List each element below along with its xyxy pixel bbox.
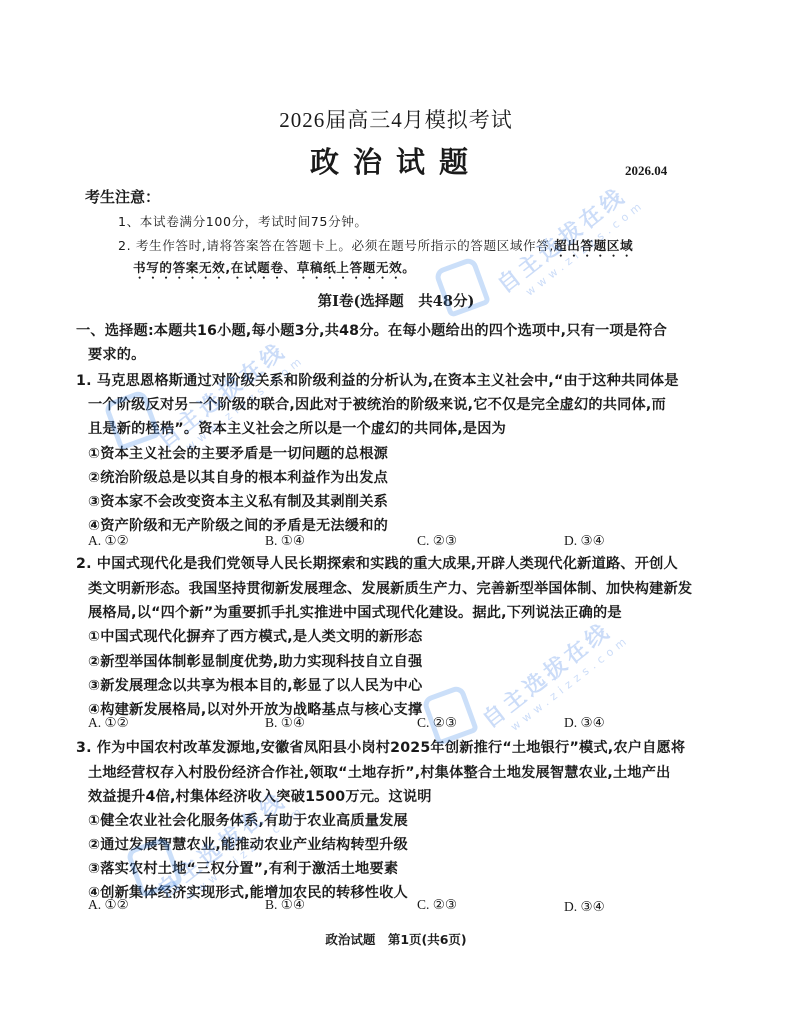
question-stem-line: 类文明新形态。我国坚持贯彻新发展理念、发展新质生产力、完善新型举国体制、加快构建… [88,578,692,598]
option-b[interactable]: B. ①④ [265,897,305,913]
question-stem-line: 一个阶级反对另一个阶级的联合,因此对于被统治的阶级来说,它不仅是完全虚幻的共同体… [88,394,666,414]
statement-2: ②统治阶级总是以其自身的根本利益作为出发点 [88,467,388,487]
exam-date: 2026.04 [625,163,667,179]
option-a[interactable]: A. ①② [88,897,129,913]
option-b[interactable]: B. ①④ [265,715,305,731]
statement-2: ②新型举国体制彰显制度优势,助力实现科技自立自强 [88,651,422,671]
question-stem-line: 展格局,以“四个新”为重要抓手扎实推进中国式现代化建设。据此,下列说法正确的是 [88,602,622,622]
statement-1: ①资本主义社会的主要矛盾是一切问题的总根源 [88,443,388,463]
option-c[interactable]: C. ②③ [417,715,457,731]
subject-title: 政治试题 [0,140,792,181]
watermark: 自主选拔在线 www.zizzs.com [475,608,633,745]
notice-emphasis: 超出答题区域 [554,238,633,253]
question-stem-line: 土地经营权存入村股份经济合作社,领取“土地存折”,村集体整合土地发展智慧农业,土… [88,762,671,782]
statement-3: ③新发展理念以共享为根本目的,彰显了以人民为中心 [88,675,422,695]
option-d[interactable]: D. ③④ [564,533,605,549]
option-b[interactable]: B. ①④ [265,533,305,549]
statement-4: ④资产阶级和无产阶级之间的矛盾是无法缓和的 [88,515,388,535]
statement-3: ③落实农村土地“三权分置”,有利于激活土地要素 [88,858,398,878]
option-c[interactable]: C. ②③ [417,897,457,913]
exam-title: 2026届高三4月模拟考试 [0,104,792,134]
page-footer: 政治试题 第1页(共6页) [0,930,792,948]
question-stem-line: 且是新的桎梏”。资本主义社会之所以是一个虚幻的共同体,是因为 [88,418,506,438]
option-d[interactable]: D. ③④ [564,899,605,915]
question-stem-line: 效益提升4倍,村集体经济收入突破1500万元。这说明 [88,786,432,806]
section-title: 第Ⅰ卷(选择题 共48分) [0,290,792,311]
question-stem-line: 3. 作为中国农村改革发源地,安徽省凤阳县小岗村2025年创新推行“土地银行”模… [76,737,685,757]
section-instruction-line-1: 一、选择题:本题共16小题,每小题3分,共48分。在每小题给出的四个选项中,只有… [76,320,667,340]
notice-item-2-text: 2. 考生作答时,请将答案答在答题卡上。必须在题号所指示的答题区域作答, [118,238,554,253]
statement-4: ④创新集体经济实现形式,能增加农民的转移性收人 [88,882,408,902]
statement-1: ①中国式现代化摒弃了西方模式,是人类文明的新形态 [88,626,422,646]
notice-heading: 考生注意： [85,186,160,207]
section-instruction-line-2: 要求的。 [88,344,146,364]
statement-3: ③资本家不会改变资本主义私有制及其剥削关系 [88,491,388,511]
option-c[interactable]: C. ②③ [417,533,457,549]
question-stem-line: 1. 马克思恩格斯通过对阶级关系和阶级利益的分析认为,在资本主义社会中,“由于这… [76,370,679,390]
option-d[interactable]: D. ③④ [564,715,605,731]
option-a[interactable]: A. ①② [88,715,129,731]
notice-item-1: 1、本试卷满分100分，考试时间75分钟。 [118,211,368,230]
option-a[interactable]: A. ①② [88,533,129,549]
statement-4: ④构建新发展格局,以对外开放为战略基点与核心支撑 [88,699,422,719]
notice-item-2-line-2: 书写的答案无效,在试题卷、草稿纸上答题无效。 [133,257,415,282]
question-stem-line: 2. 中国式现代化是我们党领导人民长期探索和实践的重大成果,开辟人类现代化新道路… [76,553,678,573]
statement-1: ①健全农业社会化服务体系,有助于农业高质量发展 [88,810,408,830]
statement-2: ②通过发展智慧农业,能推动农业产业结构转型升级 [88,834,408,854]
